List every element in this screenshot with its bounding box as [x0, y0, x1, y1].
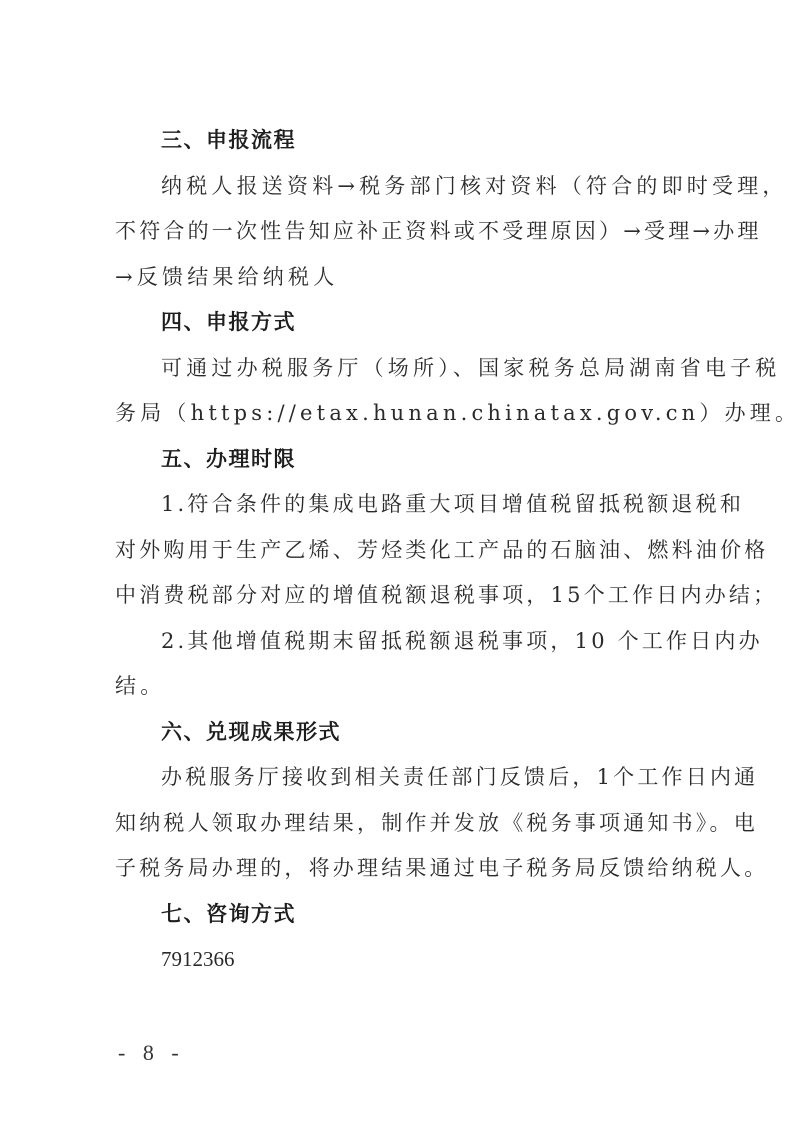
paragraph-line: 2.其他增值税期末留抵税额退税事项，10 个工作日内办: [115, 619, 690, 665]
paragraph-line: 1.符合条件的集成电路重大项目增值税留抵税额退税和: [115, 482, 690, 528]
paragraph-line: 对外购用于生产乙烯、芳烃类化工产品的石脑油、燃料油价格: [115, 528, 690, 574]
section-heading-contact: 七、咨询方式: [115, 892, 690, 938]
document-body: 三、申报流程 纳税人报送资料→税务部门核对资料（符合的即时受理， 不符合的一次性…: [115, 118, 690, 983]
url-line-text: 务局（https://etax.hunan.chinatax.gov.cn）办理…: [115, 401, 793, 425]
paragraph-line: 不符合的一次性告知应补正资料或不受理原因）→受理→办理: [115, 209, 690, 255]
paragraph-line: 纳税人报送资料→税务部门核对资料（符合的即时受理，: [115, 164, 690, 210]
paragraph-line: 知纳税人领取办理结果，制作并发放《税务事项通知书》。电: [115, 801, 690, 847]
section-heading-result-form: 六、兑现成果形式: [115, 710, 690, 756]
paragraph-line: 中消费税部分对应的增值税额退税事项，15个工作日内办结；: [115, 573, 690, 619]
section-heading-time-limit: 五、办理时限: [115, 437, 690, 483]
section-heading-method: 四、申报方式: [115, 300, 690, 346]
paragraph-line: 办税服务厅接收到相关责任部门反馈后，1个工作日内通: [115, 755, 690, 801]
section-heading-process: 三、申报流程: [115, 118, 690, 164]
paragraph-line: 结。: [115, 664, 690, 710]
contact-phone-number: 7912366: [115, 937, 690, 983]
paragraph-line: 可通过办税服务厅（场所）、国家税务总局湖南省电子税: [115, 346, 690, 392]
paragraph-line: 务局（https://etax.hunan.chinatax.gov.cn）办理…: [115, 391, 690, 437]
paragraph-line: 子税务局办理的，将办理结果通过电子税务局反馈给纳税人。: [115, 846, 690, 892]
paragraph-line: →反馈结果给纳税人: [115, 255, 690, 301]
page-number: - 8 -: [118, 1040, 185, 1066]
